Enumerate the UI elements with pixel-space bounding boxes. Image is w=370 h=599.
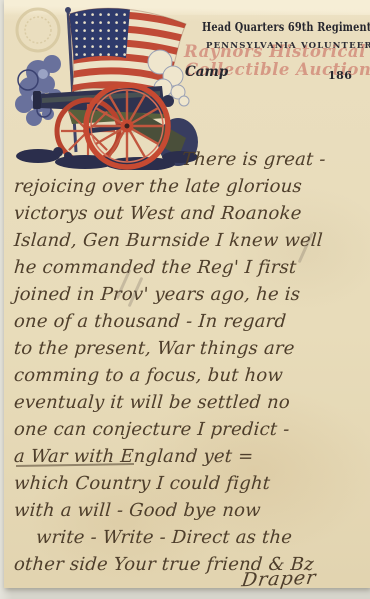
letter-page: Raynors Historical Collectible Auctions …	[4, 0, 370, 588]
scanned-letter: Raynors Historical Collectible Auctions …	[0, 0, 370, 599]
camp-label: Camp	[185, 64, 228, 80]
letter-line-7: one of a thousand - In regard	[13, 308, 369, 335]
letterhead-title: Head Quarters 69th Regiment,	[202, 19, 370, 34]
letter-line-10: eventualy it will be settled no	[13, 389, 369, 416]
letter-line-1: There is great -	[181, 146, 369, 173]
signature: Draper	[240, 567, 318, 592]
letter-line-11: one can conjecture I predict -	[13, 416, 369, 443]
letter-line-5: he commanded the Reg' I first	[13, 254, 369, 281]
letter-line-13: which Country I could fight	[13, 470, 369, 497]
letter-line-14: with a will - Good bye now	[13, 497, 369, 524]
letter-line-6: joined in Prov' years ago, he is	[13, 281, 369, 308]
letter-line-9: comming to a focus, but how	[13, 362, 369, 389]
letter-line-2: rejoicing over the late glorious	[13, 173, 369, 200]
letter-line-4: Island, Gen Burnside I knew well	[13, 227, 369, 254]
letter-line-3: victorys out West and Roanoke	[13, 200, 369, 227]
year-prefix: 186	[328, 69, 352, 82]
cannon-smoke-icon	[15, 55, 62, 126]
embossed-seal-icon	[17, 9, 59, 51]
letter-body: There is great - rejoicing over the late…	[14, 146, 368, 578]
letter-line-15: write - Write - Direct as the	[35, 524, 369, 551]
letterhead-subtitle: PENNSYLVANIA VOLUNTEERS.	[206, 41, 358, 51]
letter-line-8: to the present, War things are	[13, 335, 369, 362]
